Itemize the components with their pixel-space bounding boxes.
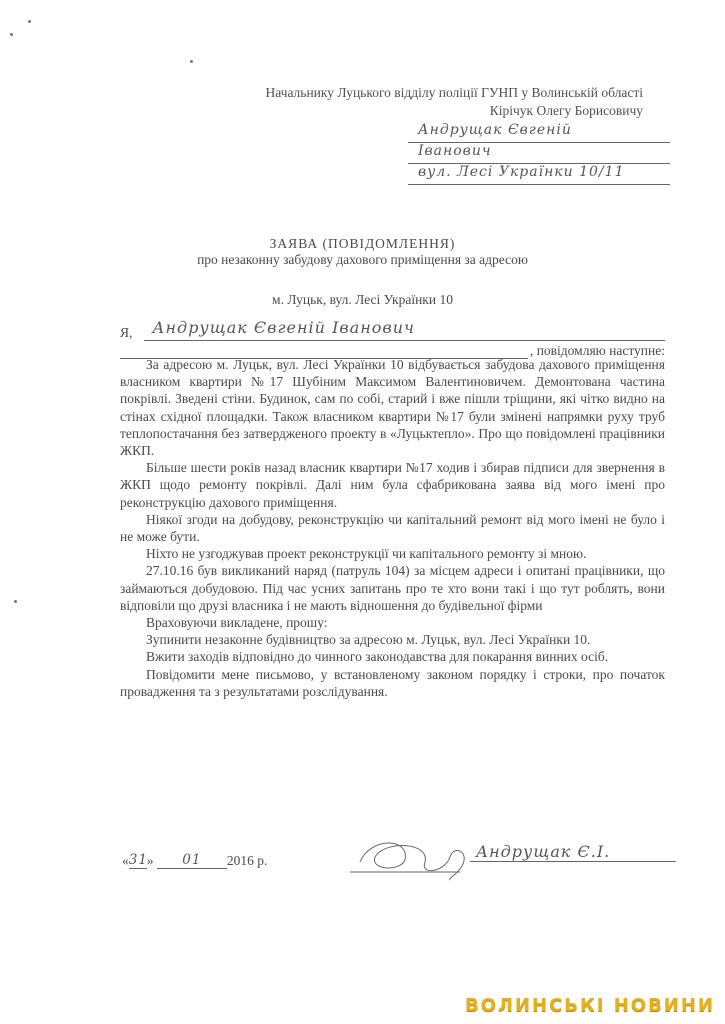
body-paragraph: Ніякої згоди на добудову, реконструкцію … [120,511,665,545]
statement-body: За адресою м. Луцьк, вул. Лесі Українки … [120,356,665,700]
document-subheading: про незаконну забудову дахового приміщен… [0,252,725,268]
recipient-line-1: Начальнику Луцького відділу поліції ГУНП… [265,84,643,102]
recipient-line-2: Кірічук Олегу Борисовичу [265,102,643,120]
body-paragraph: 27.10.16 був викликаний наряд (патруль 1… [120,562,665,614]
scan-speck [28,20,31,23]
body-paragraph: Повідомити мене письмово, у встановленом… [120,666,665,700]
document-address: м. Луцьк, вул. Лесі Українки 10 [0,292,725,308]
date-year: 2016 р. [227,853,268,869]
scan-speck [14,600,17,603]
body-paragraph: Ніхто не узгоджував проект реконструкції… [120,545,665,562]
body-paragraph: За адресою м. Луцьк, вул. Лесі Українки … [120,356,665,459]
sender-address-line: вул. Лесі Українки 10/11 [408,164,670,185]
document-heading: ЗАЯВА (ПОВІДОМЛЕННЯ) [0,236,725,252]
declarant-prefix: Я, [120,325,132,341]
body-paragraph: Зупинити незаконне будівництво за адресо… [120,631,665,648]
signature-name: Андрущак Є.І. [470,842,676,862]
date-month: 01 [157,852,227,869]
date-row: «31» 01 2016 р. [122,852,267,869]
sender-patronymic-line: Іванович [408,143,670,164]
declarant-handwritten-name: Андрущак Євгеній Іванович [144,318,665,341]
body-paragraph: Більше шести років назад власник квартир… [120,459,665,511]
scan-speck [10,33,13,36]
scan-speck [190,60,193,63]
body-paragraph: Вжити заходів відповідно до чинного зако… [120,648,665,665]
watermark-logo: ВОЛИНСЬКІ НОВИНИ [465,995,715,1016]
declarant-row: Я, Андрущак Євгеній Іванович [120,318,665,341]
sender-handwritten-block: Андрущак Євгеній Іванович вул. Лесі Укра… [408,122,670,185]
date-day: 31 [129,852,147,869]
body-paragraph: Враховуючи викладене, прошу: [120,614,665,631]
sender-name-line: Андрущак Євгеній [408,122,670,143]
recipient-block: Начальнику Луцького відділу поліції ГУНП… [265,84,643,120]
